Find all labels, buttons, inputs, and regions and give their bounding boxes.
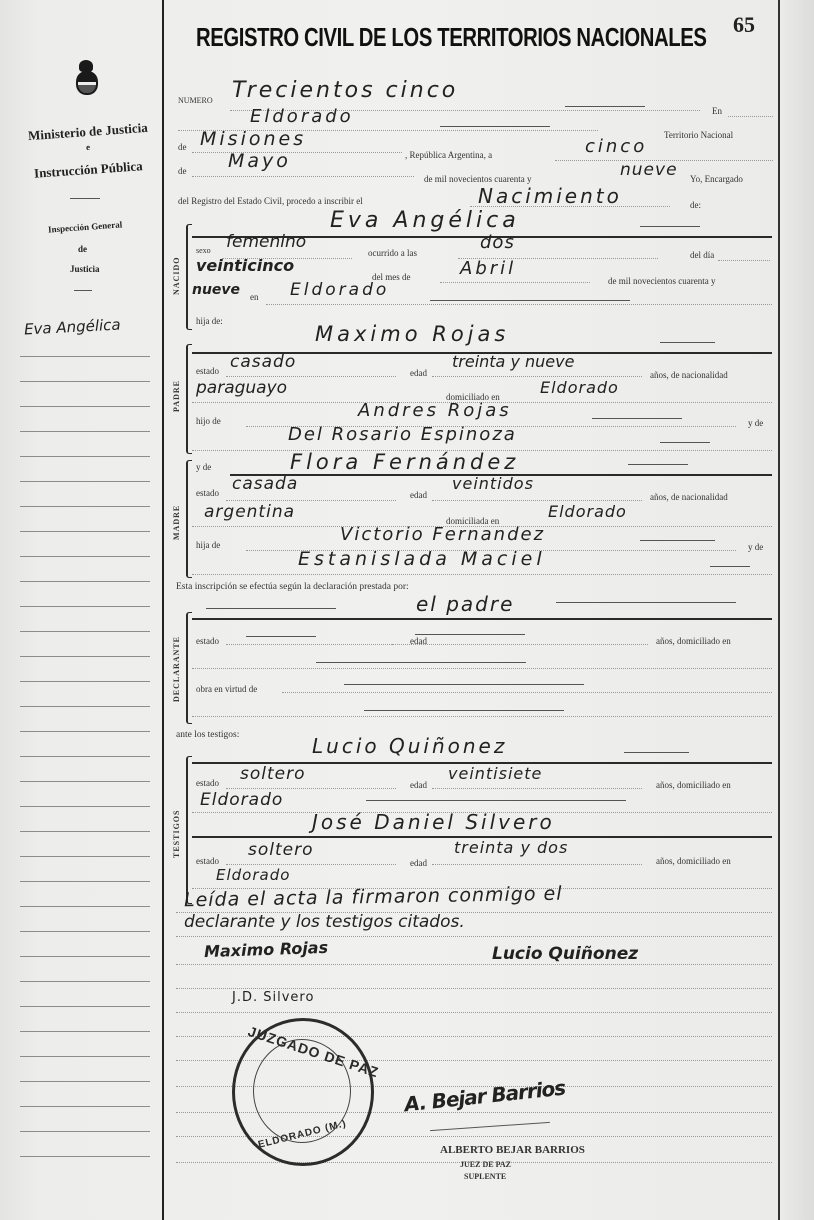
month-value[interactable]: Mayo <box>228 150 291 172</box>
declarante-domicilio-stroke <box>316 662 526 663</box>
judge-subtitle: SUPLENTE <box>464 1172 506 1181</box>
madre-estado-value[interactable]: casada <box>232 474 298 494</box>
madre-estado-label: estado <box>196 488 219 498</box>
testigo1-estado-label: estado <box>196 778 219 788</box>
madre-domicilio-value[interactable]: Eldorado <box>548 502 627 521</box>
nacido-section-label: NACIDO <box>172 257 181 295</box>
page-number: 65 <box>733 12 755 38</box>
declarante-estado-rule <box>226 644 396 645</box>
testigo1-edad-rule <box>432 788 642 789</box>
dia-rule-end <box>718 260 770 261</box>
margin-rule <box>20 831 150 832</box>
territorio-value[interactable]: Misiones <box>200 128 306 150</box>
testigo2-edad-rule <box>432 864 642 865</box>
child-name-stroke <box>640 226 700 227</box>
declarante-bottom-rule <box>192 716 772 717</box>
declarante-top-rule <box>192 618 772 620</box>
de-label-1: de <box>178 142 187 152</box>
day-value[interactable]: cinco <box>585 136 647 157</box>
declarante-obra-rule <box>282 692 772 693</box>
padre-estado-rule <box>226 376 396 377</box>
margin-rule <box>20 731 150 732</box>
declaracion-stroke-right <box>556 602 736 603</box>
madre-hija-label: hija de <box>196 540 220 550</box>
margin-note-name: Eva Angélica <box>24 315 121 338</box>
madre-edad-value[interactable]: veintidos <box>452 474 534 493</box>
en-label: En <box>712 106 722 116</box>
ocurrido-label: ocurrido a las <box>368 248 417 258</box>
margin-rule <box>20 381 150 382</box>
madre-y-de-label-2: y de <box>748 542 763 552</box>
child-name[interactable]: Eva Angélica <box>330 208 520 233</box>
margin-rule <box>20 556 150 557</box>
margin-rule <box>20 881 150 882</box>
declarante-obra-label: obra en virtud de <box>196 684 257 694</box>
sexo-label: sexo <box>196 246 211 255</box>
ministry-dept3: Justicia <box>70 264 100 274</box>
signature-testigo1: Lucio Quiñonez <box>492 944 638 964</box>
padre-father-stroke <box>592 418 682 419</box>
testigos-intro: ante los testigos: <box>176 730 239 740</box>
civil-registry-page: Ministerio de Justicia e Instrucción Púb… <box>0 0 814 1220</box>
encargado-label: Yo, Encargado <box>690 174 743 184</box>
testigos-section-label: TESTIGOS <box>172 810 181 858</box>
testigo1-edad[interactable]: veintisiete <box>448 764 542 783</box>
registro-label: del Registro del Estado Civil, procedo a… <box>178 196 363 206</box>
margin-rule <box>20 1156 150 1157</box>
testigo1-domicilio-stroke <box>366 800 626 801</box>
testigo1-estado-rule <box>226 788 396 789</box>
madre-brace <box>186 460 192 578</box>
padre-nacionalidad-label: años, de nacionalidad <box>650 370 728 380</box>
madre-mother-value[interactable]: Estanislada Maciel <box>298 548 546 570</box>
margin-rule <box>20 706 150 707</box>
margin-rule <box>20 756 150 757</box>
margin-rule <box>20 681 150 682</box>
testigo1-domicilio-label: años, domiciliado en <box>656 780 731 790</box>
declarante-estado-stroke <box>246 636 316 637</box>
lugar-rule <box>266 304 772 305</box>
padre-edad-value[interactable]: treinta y nueve <box>452 352 574 371</box>
judge-title: JUEZ DE PAZ <box>460 1160 511 1169</box>
closing-rule-5 <box>176 1012 772 1013</box>
closing-rule-3 <box>176 964 772 965</box>
judge-signature: A. Bejar Barrios <box>403 1076 566 1117</box>
hora-value[interactable]: dos <box>480 232 515 253</box>
madre-nacionalidad-value[interactable]: argentina <box>204 502 295 522</box>
year-label: de mil novecientos cuarenta y <box>424 174 531 184</box>
ministry-dept2: de <box>78 244 87 254</box>
closing-line2: declarante y los testigos citados. <box>184 912 465 932</box>
document-title: REGISTRO CIVIL DE LOS TERRITORIOS NACION… <box>196 22 707 53</box>
margin-rule <box>20 431 150 432</box>
margin-rule <box>20 1081 150 1082</box>
madre-edad-rule <box>432 500 642 501</box>
closing-rule-2 <box>176 936 772 937</box>
nacido-brace <box>186 224 192 330</box>
testigo1-estado[interactable]: soltero <box>240 764 306 784</box>
declarante-domicilio-rule <box>192 668 772 669</box>
margin-rule <box>20 1006 150 1007</box>
de-label-3: de: <box>690 200 701 210</box>
ministry-divider <box>70 198 100 199</box>
year-value[interactable]: nueve <box>620 160 678 180</box>
madre-estado-rule <box>226 500 396 501</box>
lugar-stroke <box>430 300 630 301</box>
republica-label: , República Argentina, a <box>405 150 492 160</box>
madre-edad-label: edad <box>410 490 427 500</box>
padre-father-value[interactable]: Andres Rojas <box>358 400 512 421</box>
declaracion-intro: Esta inscripción se efectúa según la dec… <box>176 582 409 592</box>
judge-signature-underline <box>430 1122 550 1131</box>
mother-name-stroke <box>628 464 688 465</box>
declaracion-value[interactable]: el padre <box>416 592 514 616</box>
signature-declarante: Maximo Rojas <box>204 938 329 961</box>
en-rule <box>728 116 773 117</box>
territorio-rule <box>192 152 402 153</box>
ministry-dept1: Inspección General <box>48 219 123 234</box>
left-column-border <box>162 0 164 1220</box>
margin-rule <box>20 631 150 632</box>
margin-rule <box>20 406 150 407</box>
ministry-line2: Instrucción Pública <box>34 158 144 182</box>
testigo2-estado-label: estado <box>196 856 219 866</box>
madre-nacionalidad-label: años, de nacionalidad <box>650 492 728 502</box>
sexo-value[interactable]: femenino <box>226 232 306 252</box>
padre-brace <box>186 344 192 454</box>
hija-label: hija de: <box>196 316 223 326</box>
month-rule <box>192 176 414 177</box>
madre-mother-stroke <box>710 566 750 567</box>
margin-rule <box>20 1131 150 1132</box>
margin-rule <box>20 506 150 507</box>
numero-value[interactable]: Trecientos cinco <box>232 78 458 103</box>
testigo2-estado[interactable]: soltero <box>248 840 314 860</box>
padre-mother-value[interactable]: Del Rosario Espinoza <box>288 424 517 445</box>
father-name-stroke <box>660 342 715 343</box>
margin-rule <box>20 1106 150 1107</box>
margin-rule <box>20 906 150 907</box>
margin-rule <box>20 806 150 807</box>
padre-estado-value[interactable]: casado <box>230 352 296 372</box>
coat-of-arms-icon <box>76 60 96 94</box>
padre-edad-label: edad <box>410 368 427 378</box>
signature-testigo2: J.D. Silvero <box>232 990 314 1005</box>
lugar-value[interactable]: Eldorado <box>290 280 389 300</box>
declaracion-stroke-left <box>206 608 336 609</box>
territorio-label: Territorio Nacional <box>664 130 733 140</box>
margin-rule <box>20 981 150 982</box>
margin-rule <box>20 1056 150 1057</box>
anio-value[interactable]: nueve <box>192 282 240 298</box>
testigo2-edad-label: edad <box>410 858 427 868</box>
mes-rule <box>440 282 590 283</box>
declarante-obra-stroke-2 <box>364 710 564 711</box>
margin-rule <box>20 606 150 607</box>
testigo1-name-stroke <box>624 752 689 753</box>
margin-rule <box>20 931 150 932</box>
en-lugar-label: en <box>250 292 259 302</box>
en-value-stroke <box>440 126 550 127</box>
ministry-conj: e <box>86 142 91 152</box>
margin-rule <box>20 356 150 357</box>
declarante-estado-label: estado <box>196 636 219 646</box>
madre-y-de-label: y de <box>196 462 211 472</box>
declarante-edad-rule <box>392 644 648 645</box>
de-label-2: de <box>178 166 187 176</box>
madre-father-stroke <box>640 540 715 541</box>
del-dia-label: del día <box>690 250 714 260</box>
testigo2-name[interactable]: José Daniel Silvero <box>312 810 555 834</box>
numero-filler-stroke <box>565 106 645 107</box>
court-seal: JUZGADO DE PAZ ELDORADO (M.) <box>232 1018 374 1166</box>
numero-label: NUMERO <box>178 96 213 105</box>
padre-estado-label: estado <box>196 366 219 376</box>
padre-hijo-label: hijo de <box>196 416 221 426</box>
margin-rule <box>20 781 150 782</box>
padre-nacionalidad-value[interactable]: paraguayo <box>196 378 287 398</box>
testigo1-edad-label: edad <box>410 780 427 790</box>
padre-domicilio-value[interactable]: Eldorado <box>540 378 619 397</box>
testigo2-estado-rule <box>226 864 396 865</box>
ministry-line1: Ministerio de Justicia <box>28 120 149 144</box>
margin-rule <box>20 656 150 657</box>
act-type-value[interactable]: Nacimiento <box>478 184 622 208</box>
testigo2-domicilio[interactable]: Eldorado <box>216 866 290 884</box>
judge-name: ALBERTO BEJAR BARRIOS <box>440 1144 585 1156</box>
margin-rule <box>20 531 150 532</box>
act-type-rule <box>470 206 670 207</box>
madre-father-value[interactable]: Victorio Fernandez <box>340 524 545 545</box>
closing-rule-4 <box>176 988 772 989</box>
margin-rule <box>20 581 150 582</box>
margin-rule <box>20 1031 150 1032</box>
father-name[interactable]: Maximo Rojas <box>315 322 509 346</box>
margin-rule <box>20 481 150 482</box>
declarante-edad-stroke <box>415 634 525 635</box>
right-page-border <box>778 0 780 1220</box>
testigo2-domicilio-label: años, domiciliado en <box>656 856 731 866</box>
ministry-divider-2 <box>74 290 92 291</box>
testigo2-edad[interactable]: treinta y dos <box>454 838 568 857</box>
en-value[interactable]: Eldorado <box>250 106 354 127</box>
dia-value[interactable]: veinticinco <box>196 256 294 275</box>
declarante-section-label: DECLARANTE <box>172 636 181 702</box>
declarante-domicilio-label: años, domiciliado en <box>656 636 731 646</box>
padre-mother-stroke <box>660 442 710 443</box>
padre-edad-rule <box>432 376 642 377</box>
declarante-obra-stroke <box>344 684 584 685</box>
mes-value[interactable]: Abril <box>460 258 516 279</box>
madre-mother-rule <box>192 574 772 575</box>
madre-section-label: MADRE <box>172 505 181 540</box>
anio-label: de mil novecientos cuarenta y <box>608 276 715 286</box>
margin-rule <box>20 956 150 957</box>
margin-rule <box>20 456 150 457</box>
margin-rule <box>20 856 150 857</box>
mother-name[interactable]: Flora Fernández <box>290 450 519 474</box>
closing-line1: Leída el acta la firmaron conmigo el <box>184 883 563 912</box>
testigo1-name[interactable]: Lucio Quiñonez <box>312 734 507 758</box>
testigos-brace <box>186 756 192 904</box>
padre-y-de-label: y de <box>748 418 763 428</box>
testigo1-domicilio[interactable]: Eldorado <box>200 790 283 810</box>
padre-section-label: PADRE <box>172 380 181 412</box>
